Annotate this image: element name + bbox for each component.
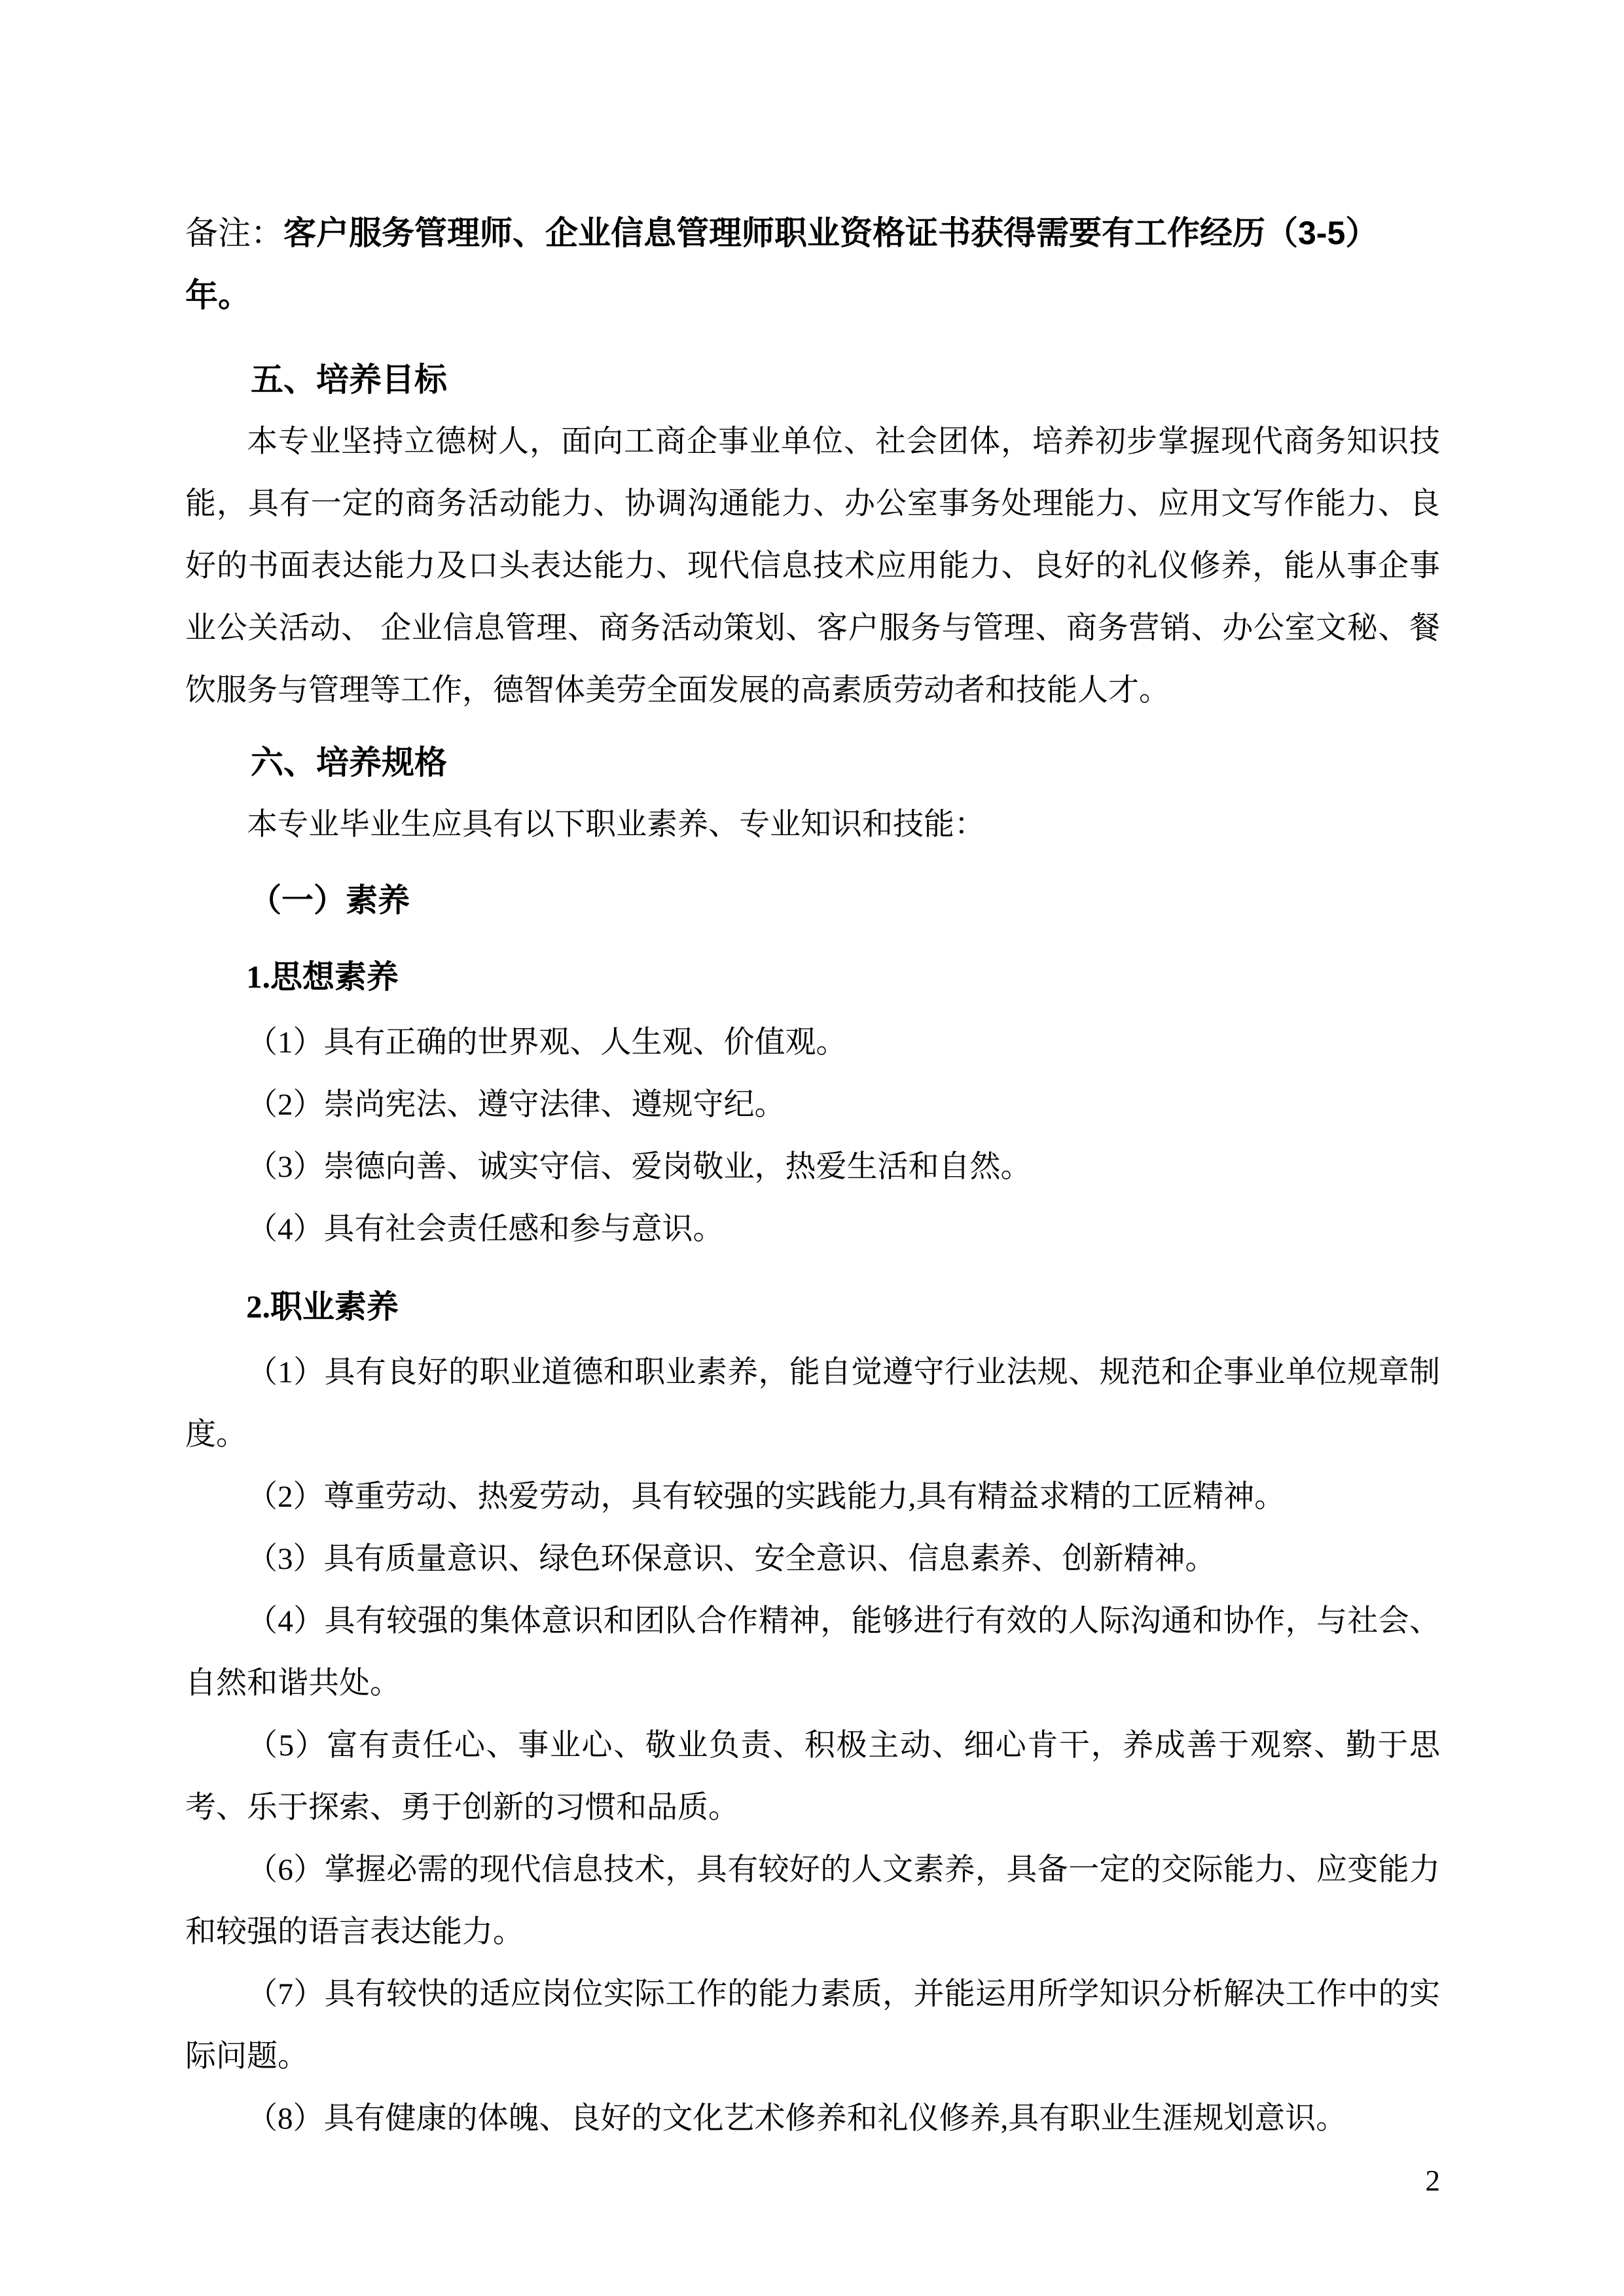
page-number: 2 [185, 2150, 1440, 2212]
document-page: 备注：客户服务管理师、企业信息管理师职业资格证书获得需要有工作经历（3-5）年。… [0, 0, 1624, 2296]
professional-quality-item-5: （5）富有责任心、事业心、敬业负责、积极主动、细心肯干，养成善于观察、勤于思考、… [185, 1715, 1440, 1839]
professional-quality-item-1: （1）具有良好的职业道德和职业素养，能自觉遵守行业法规、规范和企事业单位规章制度… [185, 1342, 1440, 1466]
professional-quality-item-4: （4）具有较强的集体意识和团队合作精神，能够进行有效的人际沟通和协作，与社会、自… [185, 1590, 1440, 1715]
section6-intro: 本专业毕业生应具有以下职业素养、专业知识和技能： [185, 794, 1440, 856]
thought-quality-items: （1）具有正确的世界观、人生观、价值观。 （2）崇尚宪法、遵守法律、遵规守纪。 … [185, 1012, 1440, 1261]
subsection-suyang-heading: （一）素养 [185, 869, 1440, 931]
professional-quality-items: （1）具有良好的职业道德和职业素养，能自觉遵守行业法规、规范和企事业单位规章制度… [185, 1342, 1440, 2150]
professional-quality-item-2: （2）尊重劳动、热爱劳动，具有较强的实践能力,具有精益求精的工匠精神。 [185, 1466, 1440, 1528]
section6-heading: 六、培养规格 [185, 732, 1440, 794]
professional-quality-item-7: （7）具有较快的适应岗位实际工作的能力素质，并能运用所学知识分析解决工作中的实际… [185, 1964, 1440, 2088]
thought-quality-item-2: （2）崇尚宪法、遵守法律、遵规守纪。 [185, 1074, 1440, 1136]
thought-quality-item-4: （4）具有社会责任感和参与意识。 [185, 1198, 1440, 1261]
thought-quality-heading: 1.思想素养 [185, 946, 1440, 1008]
note-label: 备注： [185, 215, 283, 251]
note-line: 备注：客户服务管理师、企业信息管理师职业资格证书获得需要有工作经历（3-5）年。 [185, 202, 1440, 327]
professional-quality-item-8: （8）具有健康的体魄、良好的文化艺术修养和礼仪修养,具有职业生涯规划意识。 [185, 2088, 1440, 2150]
professional-quality-item-6: （6）掌握必需的现代信息技术，具有较好的人文素养，具备一定的交际能力、应变能力和… [185, 1839, 1440, 1964]
section5-paragraph: 本专业坚持立德树人，面向工商企事业单位、社会团体，培养初步掌握现代商务知识技能，… [185, 411, 1440, 722]
thought-quality-item-1: （1）具有正确的世界观、人生观、价值观。 [185, 1012, 1440, 1074]
note-content: 客户服务管理师、企业信息管理师职业资格证书获得需要有工作经历（3-5）年。 [185, 215, 1378, 314]
professional-quality-heading: 2.职业素养 [185, 1276, 1440, 1338]
professional-quality-item-3: （3）具有质量意识、绿色环保意识、安全意识、信息素养、创新精神。 [185, 1528, 1440, 1590]
section5-heading: 五、培养目标 [185, 349, 1440, 411]
thought-quality-item-3: （3）崇德向善、诚实守信、爱岗敬业，热爱生活和自然。 [185, 1136, 1440, 1198]
